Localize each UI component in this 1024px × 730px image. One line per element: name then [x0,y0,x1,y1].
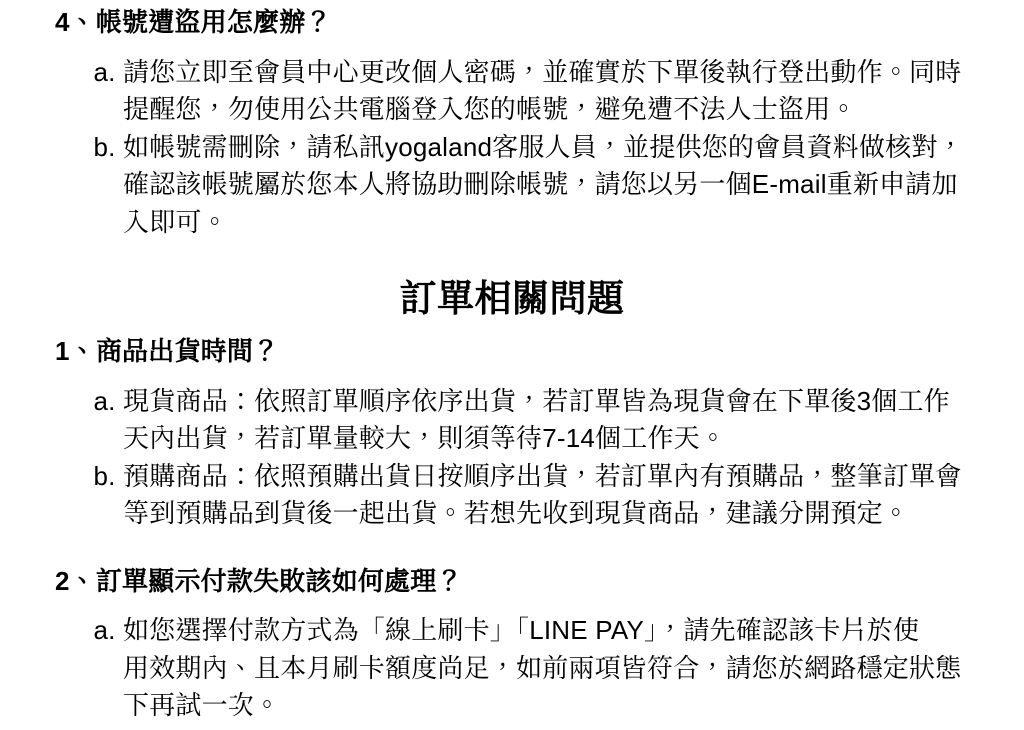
faq-answer-item: 如您選擇付款方式為「線上刷卡」「LINE PAY」，請先確認該卡片於使 用效期內… [123,612,969,725]
faq-answer-list-payment-failed: 如您選擇付款方式為「線上刷卡」「LINE PAY」，請先確認該卡片於使 用效期內… [55,612,969,725]
faq-answer-list-account-stolen: 請您立即至會員中心更改個人密碼，並確實於下單後執行登出動作。同時 提醒您，勿使用… [55,54,969,242]
faq-question-account-stolen: 4、帳號遭盜用怎麼辦？ [55,4,969,42]
section-title-order-questions: 訂單相關問題 [55,271,969,326]
faq-answer-item: 預購商品：依照預購出貨日按順序出貨，若訂單內有預購品，整筆訂單會 等到預購品到貨… [123,458,969,533]
faq-answer-list-shipping-time: 現貨商品：依照訂單順序依序出貨，若訂單皆為現貨會在下單後3個工作 天內出貨，若訂… [55,383,969,533]
faq-answer-item: 如帳號需刪除，請私訊yogaland客服人員，並提供您的會員資料做核對， 確認該… [123,129,969,242]
faq-question-shipping-time: 1、商品出貨時間？ [55,333,969,371]
faq-question-payment-failed: 2、訂單顯示付款失敗該如何處理？ [55,563,969,601]
faq-page: 4、帳號遭盜用怎麼辦？ 請您立即至會員中心更改個人密碼，並確實於下單後執行登出動… [0,0,1024,730]
faq-answer-item: 現貨商品：依照訂單順序依序出貨，若訂單皆為現貨會在下單後3個工作 天內出貨，若訂… [123,383,969,458]
faq-answer-item: 請您立即至會員中心更改個人密碼，並確實於下單後執行登出動作。同時 提醒您，勿使用… [123,54,969,129]
